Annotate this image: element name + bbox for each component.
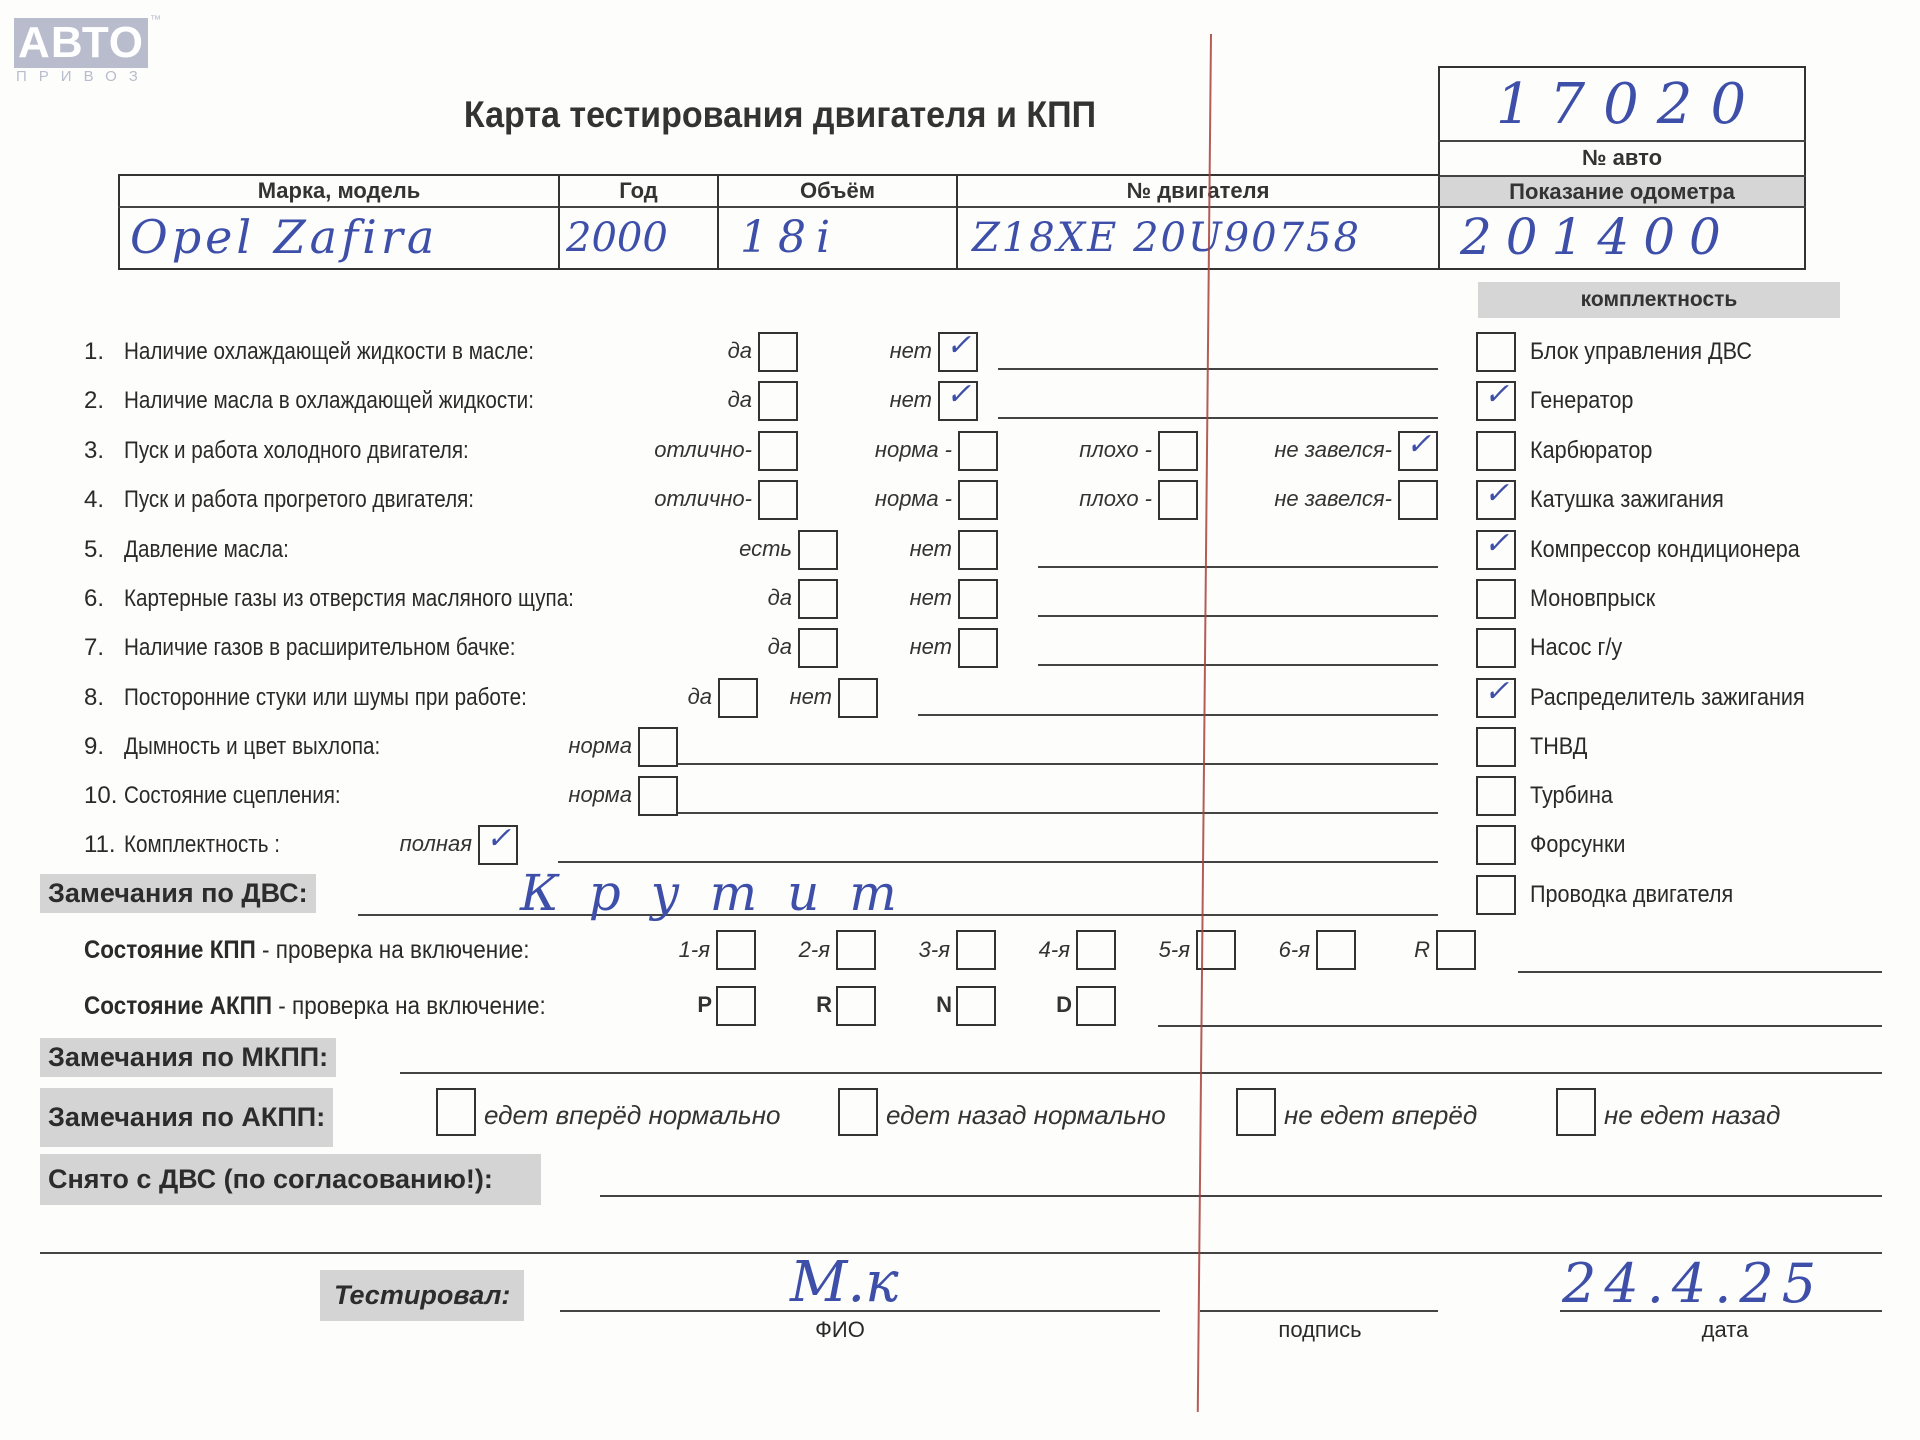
logo: АВТО [14,18,148,68]
auto-gearbox-label: Состояние АКПП - проверка на включение: [84,992,546,1021]
signature-line [1200,1310,1438,1312]
item-number: 7. [84,634,104,662]
option-checkbox[interactable] [758,480,798,520]
gear-label: 2-я [756,937,830,963]
make-model-header: Марка, модель [120,176,558,206]
notes-line[interactable] [678,763,1438,765]
notes-line[interactable] [558,861,1438,863]
mkpp-remarks-line [400,1072,1882,1074]
gear-checkbox[interactable] [956,986,996,1026]
name-caption: ФИО [780,1317,900,1343]
option-checkbox[interactable] [958,530,998,570]
option-label: отлично- [598,437,752,463]
option-label: плохо - [998,437,1152,463]
gear-label: 1-я [636,937,710,963]
completeness-label: ТНВД [1530,733,1587,761]
completeness-label: Компрессор кондиционера [1530,536,1800,564]
option-checkbox[interactable] [1398,480,1438,520]
check-mark-icon: ✓ [1484,476,1509,511]
option-checkbox[interactable]: ✓ [1398,431,1438,471]
option-label: да [598,387,752,413]
tester-name-value[interactable]: М.к [790,1250,899,1315]
logo-trademark: ™ [150,14,161,26]
item-number: 11. [84,831,116,859]
logo-subtitle: ПРИВОЗ [16,68,150,85]
option-label: не завелся- [1238,437,1392,463]
completeness-label: Распределитель зажигания [1530,684,1805,712]
car-number-value: 17020 [1470,72,1790,138]
completeness-checkbox[interactable]: ✓ [1476,480,1516,520]
gear-label: 3-я [876,937,950,963]
check-mark-icon: ✓ [1484,674,1509,709]
gear-label: N [876,992,952,1018]
volume-value: 18i [740,210,940,266]
akpp-option-label: едет назад нормально [886,1100,1166,1131]
item-label: Картерные газы из отверстия масляного щу… [124,585,574,613]
item-label: Пуск и работа прогретого двигателя: [124,486,474,514]
option-label: нет [778,338,932,364]
option-checkbox[interactable] [1158,431,1198,471]
option-label: полная [318,831,472,857]
engine-remarks-value[interactable]: Крутит [520,864,927,922]
gear-label: R [1356,937,1430,963]
option-label: нет [778,387,932,413]
akpp-option-checkbox[interactable] [1556,1088,1596,1136]
notes-line[interactable] [918,714,1438,716]
item-label: Давление масла: [124,536,289,564]
option-checkbox[interactable] [958,431,998,471]
completeness-checkbox[interactable]: ✓ [1476,530,1516,570]
auto-gearbox-line [1158,1025,1882,1027]
item-number: 5. [84,536,104,564]
date-value[interactable]: 24.4.25 [1562,1252,1824,1315]
notes-line[interactable] [1038,566,1438,568]
option-checkbox[interactable] [838,678,878,718]
option-checkbox[interactable] [958,579,998,619]
akpp-option-label: не едет вперёд [1284,1100,1477,1131]
mkpp-remarks-label: Замечания по МКПП: [40,1038,336,1077]
item-label: Пуск и работа холодного двигателя: [124,437,469,465]
gear-label: P [636,992,712,1018]
akpp-option-checkbox[interactable] [838,1088,878,1136]
option-label: плохо - [998,486,1152,512]
option-label: не завелся- [1238,486,1392,512]
manual-gearbox-subtitle: - проверка на включение: [256,936,530,964]
item-number: 1. [84,338,104,366]
gear-label: 5-я [1116,937,1190,963]
date-caption: дата [1665,1317,1785,1343]
notes-line[interactable] [1038,664,1438,666]
notes-line[interactable] [998,417,1438,419]
option-label: отлично- [598,486,752,512]
odometer-value: 201400 [1460,208,1800,266]
completeness-label: Турбина [1530,782,1613,810]
item-number: 10. [84,782,117,810]
gear-checkbox[interactable] [1436,930,1476,970]
akpp-remarks-label: Замечания по АКПП: [40,1088,333,1147]
gear-checkbox[interactable] [956,930,996,970]
manual-gearbox-title: Состояние КПП [84,936,256,964]
make-model-value: Opel Zafira [130,208,550,266]
akpp-option-checkbox[interactable] [1236,1088,1276,1136]
check-mark-icon: ✓ [1406,427,1431,462]
item-label: Наличие масла в охлаждающей жидкости: [124,387,534,415]
check-mark-icon: ✓ [1484,526,1509,561]
divider [1438,175,1806,177]
auto-gearbox-title: Состояние АКПП [84,992,272,1020]
option-label: да [638,585,792,611]
option-checkbox[interactable] [638,727,678,767]
completeness-checkbox[interactable] [1476,332,1516,372]
option-checkbox[interactable] [758,431,798,471]
completeness-checkbox[interactable] [1476,727,1516,767]
option-checkbox[interactable]: ✓ [478,825,518,865]
removed-label: Снято с ДВС (по согласованию!): [40,1154,541,1205]
item-label: Состояние сцепления: [124,782,341,810]
check-mark-icon: ✓ [486,821,511,856]
completeness-checkbox[interactable] [1476,579,1516,619]
completeness-label: Моновпрыск [1530,585,1655,613]
completeness-checkbox[interactable] [1476,628,1516,668]
completeness-checkbox[interactable] [1476,431,1516,471]
option-label: норма - [798,486,952,512]
completeness-checkbox[interactable] [1476,875,1516,915]
notes-line[interactable] [998,368,1438,370]
tested-by-label: Тестировал: [320,1270,524,1321]
gear-label: R [756,992,832,1018]
gear-checkbox[interactable] [1076,930,1116,970]
item-number: 9. [84,733,104,761]
item-number: 2. [84,387,104,415]
gear-checkbox[interactable] [1316,930,1356,970]
manual-gearbox-label: Состояние КПП - проверка на включение: [84,936,530,965]
odometer-header: Показание одометра [1440,177,1804,206]
divider [1438,140,1806,142]
option-checkbox[interactable] [958,480,998,520]
item-label: Наличие охлаждающей жидкости в масле: [124,338,534,366]
gear-checkbox[interactable] [836,930,876,970]
gear-checkbox[interactable] [1076,986,1116,1026]
engine-number-header: № двигателя [958,176,1438,206]
completeness-label: Карбюратор [1530,437,1652,465]
option-label: норма [478,733,632,759]
engine-number-value: Z18XE 20U90758 [972,210,1438,266]
completeness-label: Блок управления ДВС [1530,338,1752,366]
completeness-label: Насос г/у [1530,634,1622,662]
item-label: Комплектность : [124,831,280,859]
removed-line [600,1195,1882,1197]
volume-header: Объём [719,176,956,206]
completeness-label: Форсунки [1530,831,1625,859]
check-mark-icon: ✓ [946,328,971,363]
option-checkbox[interactable] [638,776,678,816]
option-checkbox[interactable] [958,628,998,668]
notes-line[interactable] [1038,615,1438,617]
option-label: нет [798,585,952,611]
gear-checkbox[interactable] [836,986,876,1026]
completeness-checkbox[interactable] [1476,776,1516,816]
completeness-label: Катушка зажигания [1530,486,1724,514]
year-header: Год [560,176,717,206]
option-label: норма - [798,437,952,463]
item-number: 8. [84,684,104,712]
notes-line[interactable] [678,812,1438,814]
check-mark-icon: ✓ [1484,377,1509,412]
option-checkbox[interactable]: ✓ [938,381,978,421]
gear-label: D [996,992,1072,1018]
item-label: Наличие газов в расширительном бачке: [124,634,515,662]
manual-gearbox-line [1518,971,1882,973]
item-number: 6. [84,585,104,613]
akpp-option-checkbox[interactable] [436,1088,476,1136]
completeness-label: Проводка двигателя [1530,881,1733,909]
akpp-option-label: не едет назад [1604,1100,1780,1131]
gear-label: 6-я [1236,937,1310,963]
check-mark-icon: ✓ [946,377,971,412]
auto-gearbox-subtitle: - проверка на включение: [272,992,546,1020]
option-label: нет [798,634,952,660]
akpp-option-label: едет вперёд нормально [484,1100,780,1131]
option-label: норма [478,782,632,808]
gear-checkbox[interactable] [716,930,756,970]
option-checkbox[interactable]: ✓ [938,332,978,372]
option-label: нет [678,684,832,710]
signature-caption: подпись [1260,1317,1380,1343]
engine-remarks-label: Замечания по ДВС: [40,874,316,913]
completeness-checkbox[interactable] [1476,825,1516,865]
item-label: Дымность и цвет выхлопа: [124,733,380,761]
option-label: да [598,338,752,364]
option-label: да [638,634,792,660]
completeness-header: комплектность [1478,282,1840,318]
option-label: нет [798,536,952,562]
car-number-label: № авто [1438,143,1806,173]
completeness-label: Генератор [1530,387,1633,415]
option-checkbox[interactable] [1158,480,1198,520]
page-title: Карта тестирования двигателя и КПП [394,94,1167,136]
completeness-checkbox[interactable]: ✓ [1476,381,1516,421]
item-label: Посторонние стуки или шумы при работе: [124,684,527,712]
item-number: 4. [84,486,104,514]
item-number: 3. [84,437,104,465]
year-value: 2000 [566,210,716,266]
gear-checkbox[interactable] [716,986,756,1026]
option-label: есть [638,536,792,562]
completeness-checkbox[interactable]: ✓ [1476,678,1516,718]
gear-label: 4-я [996,937,1070,963]
